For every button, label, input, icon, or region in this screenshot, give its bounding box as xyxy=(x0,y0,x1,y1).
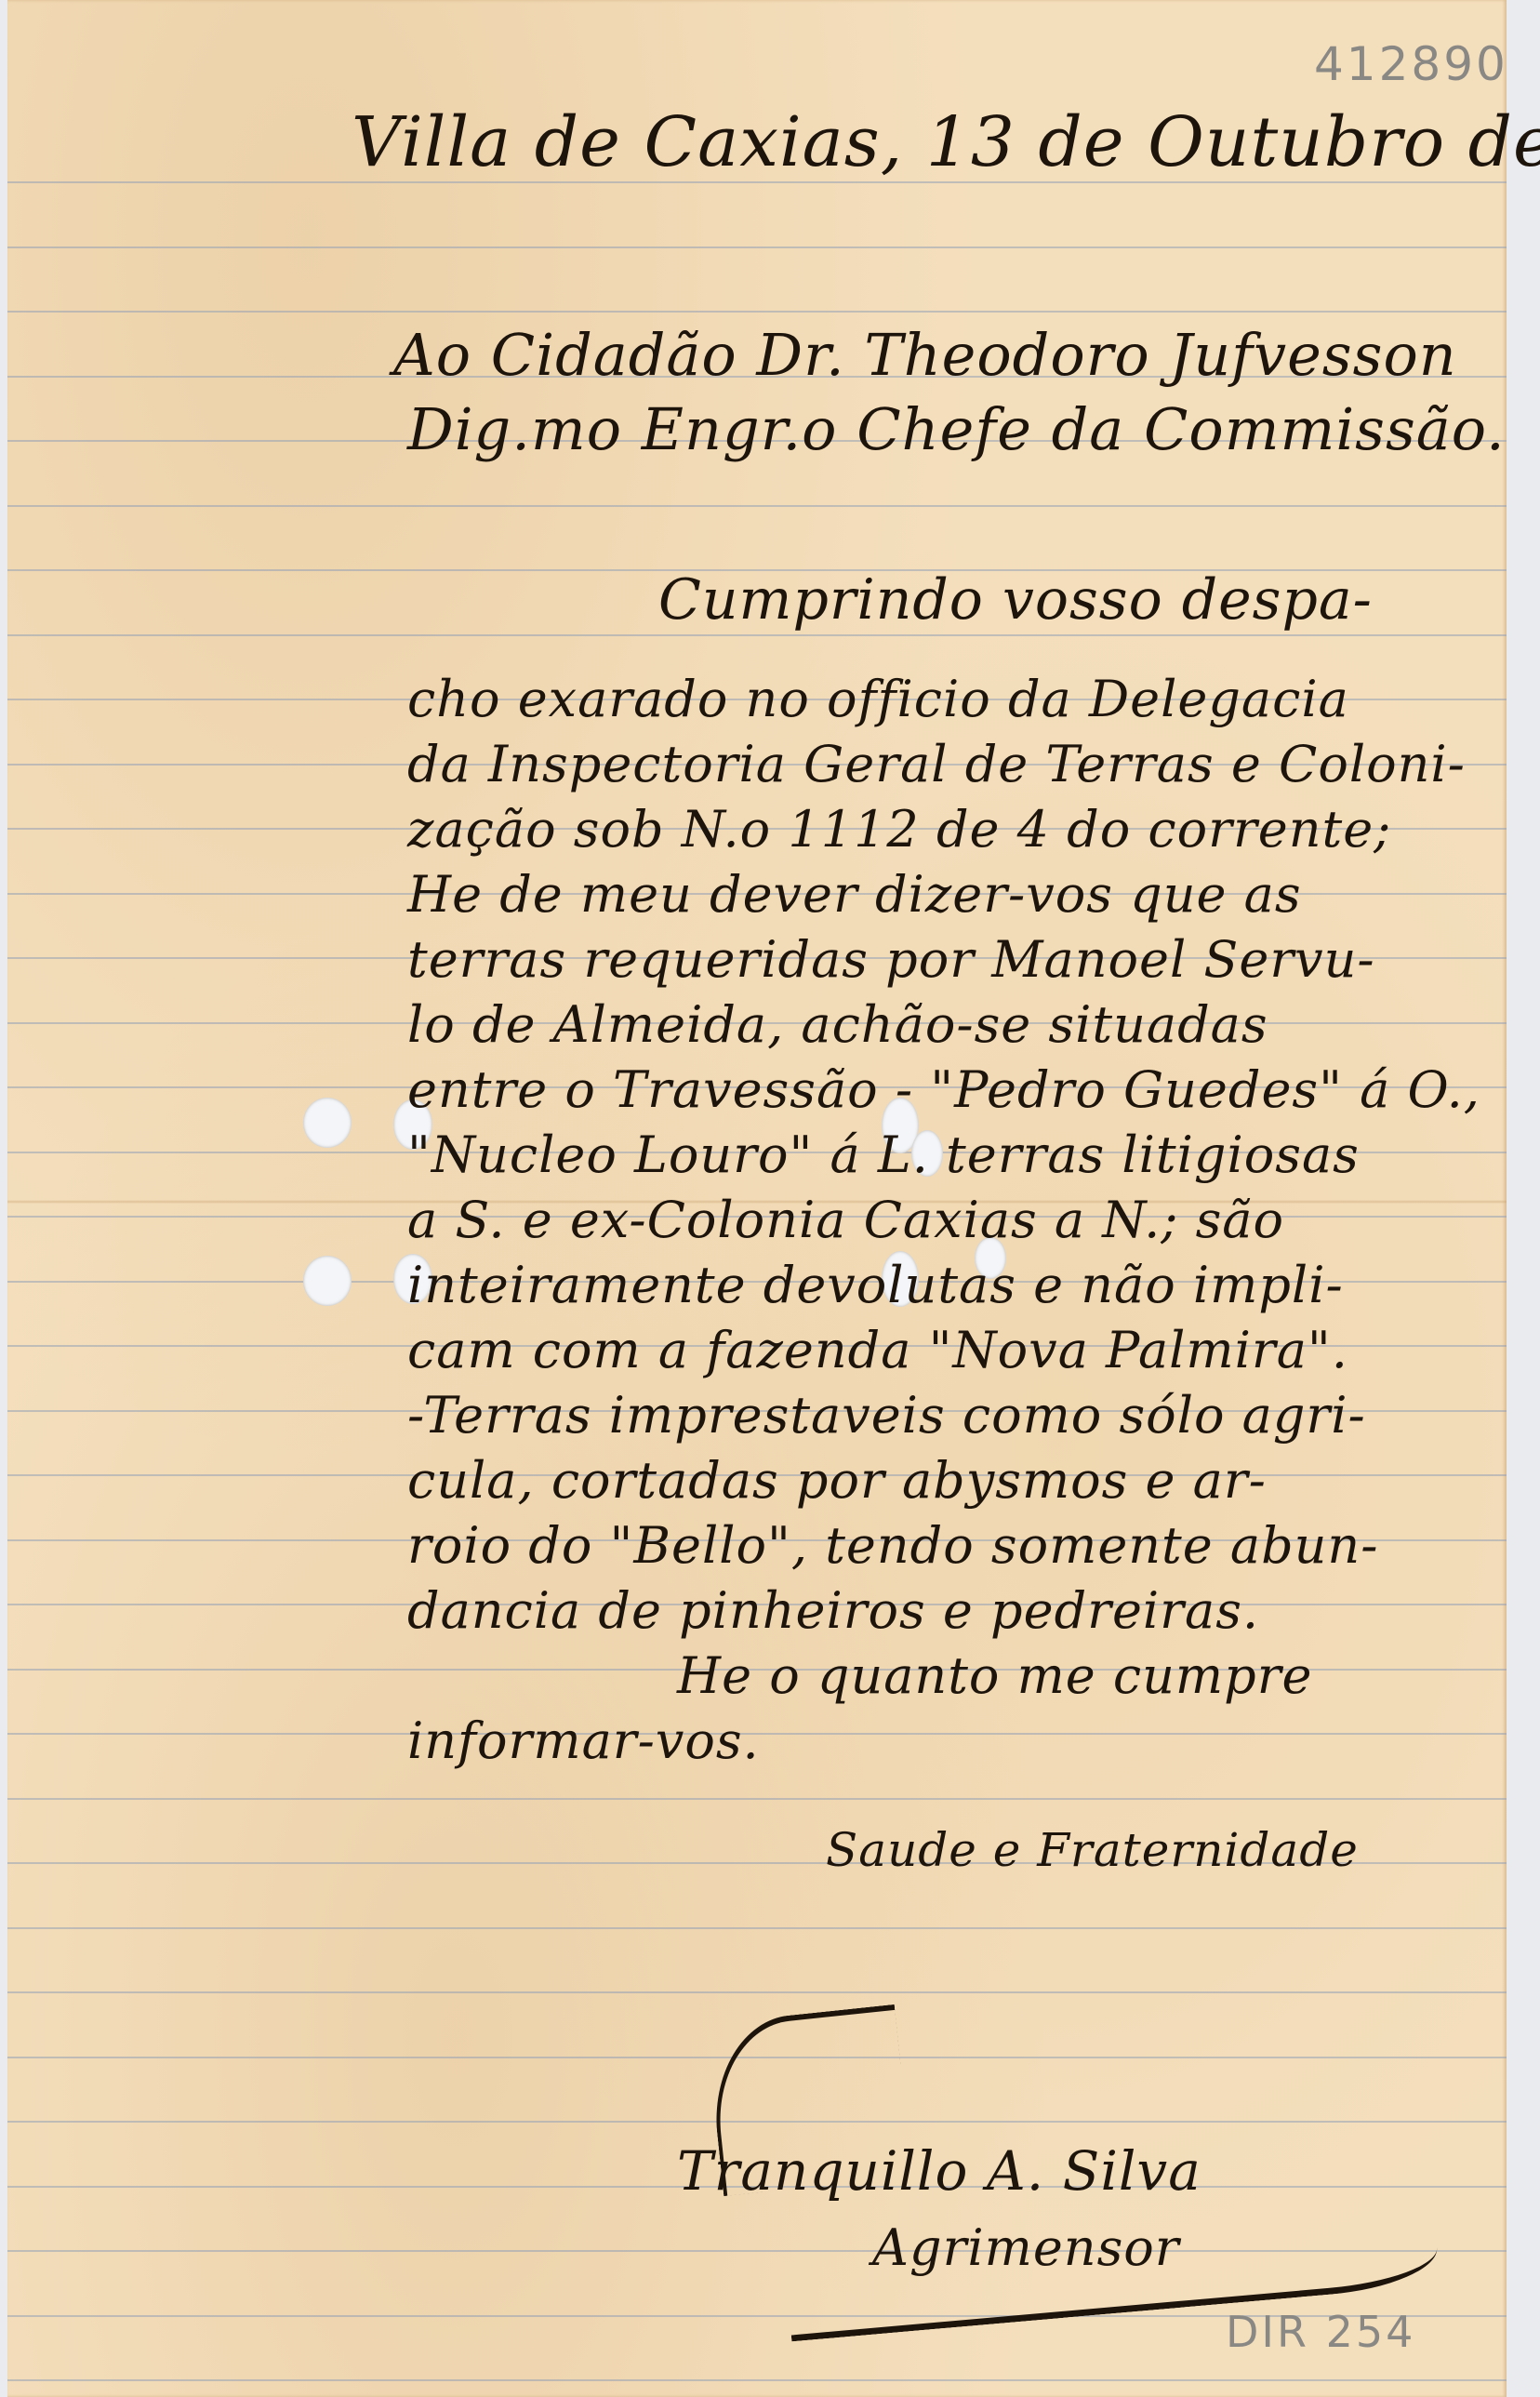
ruled-line xyxy=(7,634,1507,636)
ruled-line xyxy=(7,1927,1507,1929)
body-line: terras requeridas por Manoel Servu- xyxy=(407,930,1375,989)
body-line: cho exarado no officio da Delegacia xyxy=(407,670,1349,728)
ruled-line xyxy=(7,311,1507,313)
archive-number: 412890 xyxy=(1314,37,1508,91)
body-line: "Nucleo Louro" á L. terras litigiosas xyxy=(407,1125,1360,1184)
body-line: Cumprindo vosso despa- xyxy=(658,567,1373,633)
body-line: entre o Travessão - "Pedro Guedes" á O., xyxy=(407,1060,1480,1119)
recipient-line: Ao Cidadão Dr. Theodoro Jufvesson xyxy=(393,321,1457,389)
place-and-date: Villa de Caxias, 13 de Outubro de 1890 xyxy=(352,102,1540,182)
closing-salutation: Saude e Fraternidade xyxy=(826,1823,1359,1877)
body-line: inteiramente devolutas e não impli- xyxy=(407,1256,1344,1314)
body-line: cula, cortadas por abysmos e ar- xyxy=(407,1451,1267,1510)
signature: Tranquillo A. Silva xyxy=(677,2139,1201,2203)
archive-reference: DIR 254 xyxy=(1226,2307,1415,2357)
recipient-line: Dig.mo Engr.o Chefe da Commissão. xyxy=(407,395,1506,463)
body-line: -Terras imprestaveis como sólo agri- xyxy=(407,1386,1366,1445)
body-line: He o quanto me cumpre xyxy=(677,1646,1312,1705)
ruled-line xyxy=(7,246,1507,248)
body-line: cam com a fazenda "Nova Palmira". xyxy=(407,1321,1348,1379)
punch-hole xyxy=(303,1256,352,1306)
ruled-line xyxy=(7,1798,1507,1800)
body-line: dancia de pinheiros e pedreiras. xyxy=(407,1581,1259,1640)
ruled-line xyxy=(7,505,1507,507)
body-line: He de meu dever dizer-vos que as xyxy=(407,865,1302,924)
punch-hole xyxy=(303,1098,352,1148)
ruled-line xyxy=(7,2250,1507,2252)
body-line: da Inspectoria Geral de Terras e Coloni- xyxy=(407,735,1466,793)
body-line: informar-vos. xyxy=(407,1711,760,1770)
letter-page: 412890 Villa de Caxias, 13 de Outubro de… xyxy=(7,0,1507,2397)
body-line: a S. e ex-Colonia Caxias a N.; são xyxy=(407,1191,1284,1249)
body-line: roio do "Bello", tendo somente abun- xyxy=(407,1516,1378,1575)
ruled-line xyxy=(7,1991,1507,1993)
body-line: lo de Almeida, achão-se situadas xyxy=(407,995,1268,1054)
body-line: zação sob N.o 1112 de 4 do corrente; xyxy=(407,800,1391,859)
ruled-line xyxy=(7,2379,1507,2381)
